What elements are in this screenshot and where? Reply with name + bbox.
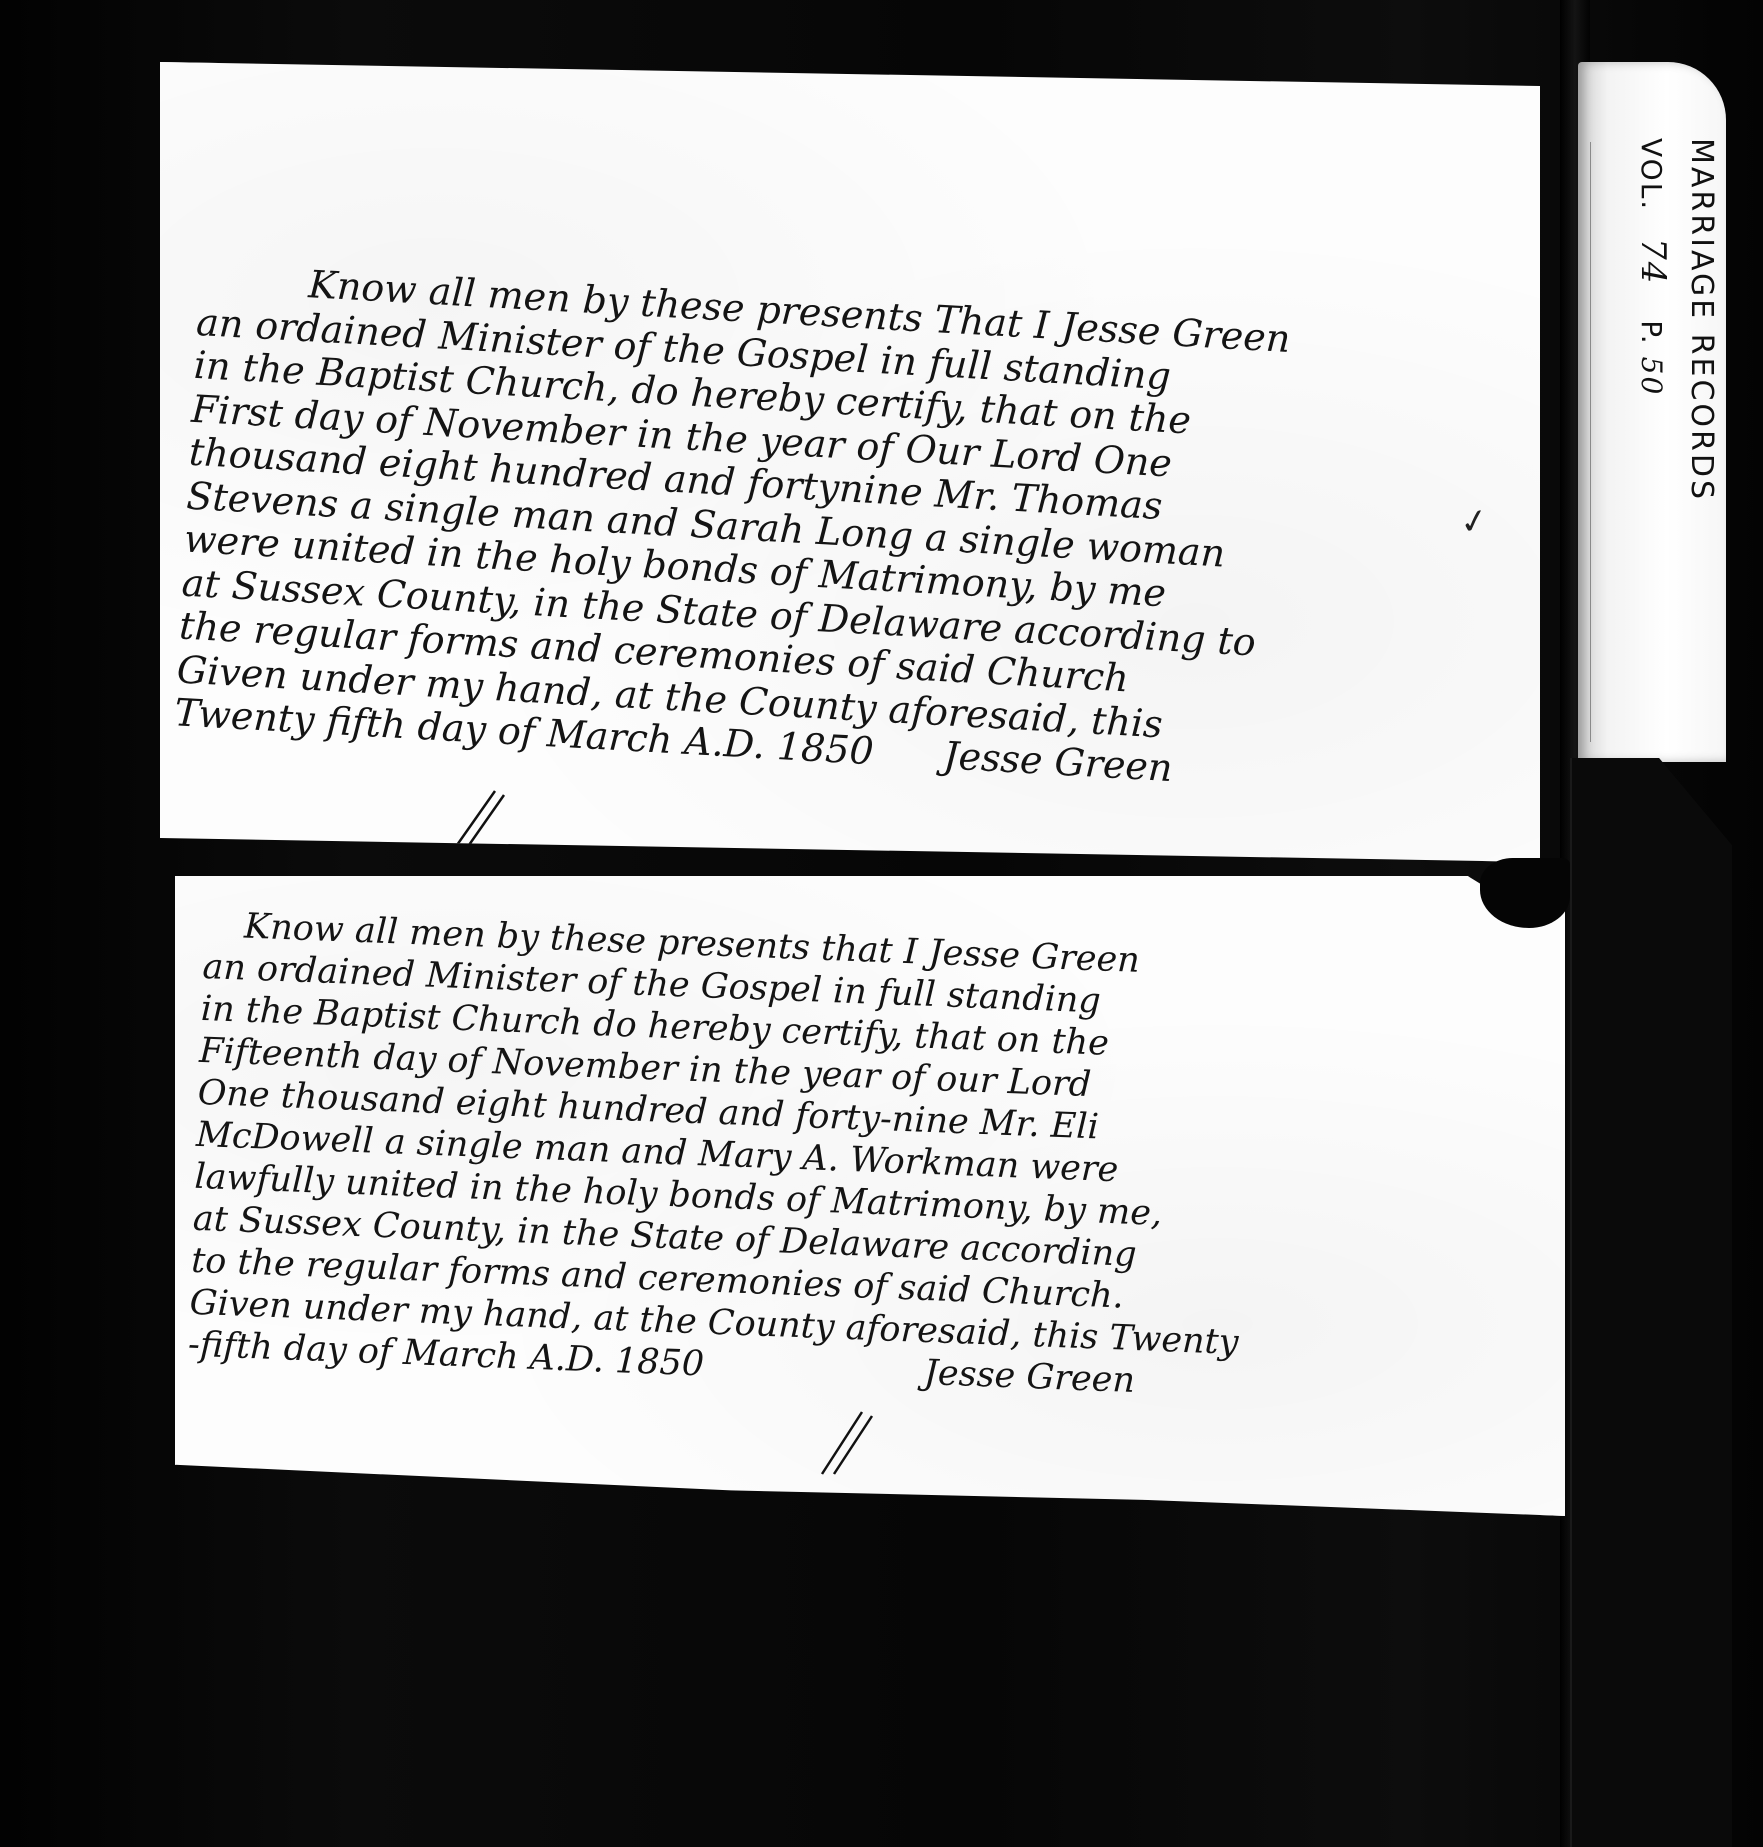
- tab-label-text: MARRIAGE RECORDS VOL. 74 P. 50: [1636, 138, 1716, 502]
- certificate-text: Know all men by these presents That I Je…: [173, 257, 1291, 796]
- check-mark-icon: ✓: [1457, 500, 1492, 544]
- marriage-certificate-mcdowell-workman: Know all men by these presents that I Je…: [175, 876, 1565, 1516]
- volume-number: 74: [1633, 238, 1673, 285]
- record-tab-label: MARRIAGE RECORDS VOL. 74 P. 50: [1578, 62, 1726, 762]
- folder-pocket: [1570, 758, 1732, 1847]
- tab-rule-line: [1590, 142, 1591, 742]
- page-prefix: P.: [1635, 320, 1668, 345]
- paraph-flourish-icon: [810, 1406, 890, 1476]
- certificate-text: Know all men by these presents that I Je…: [187, 904, 1253, 1406]
- volume-prefix: VOL.: [1635, 138, 1668, 211]
- marriage-certificate-stevens-long: Know all men by these presents That I Je…: [160, 62, 1540, 862]
- tab-volume-page: VOL. 74 P. 50: [1636, 138, 1670, 502]
- tab-title: MARRIAGE RECORDS: [1686, 138, 1716, 502]
- page-number: 50: [1635, 357, 1668, 397]
